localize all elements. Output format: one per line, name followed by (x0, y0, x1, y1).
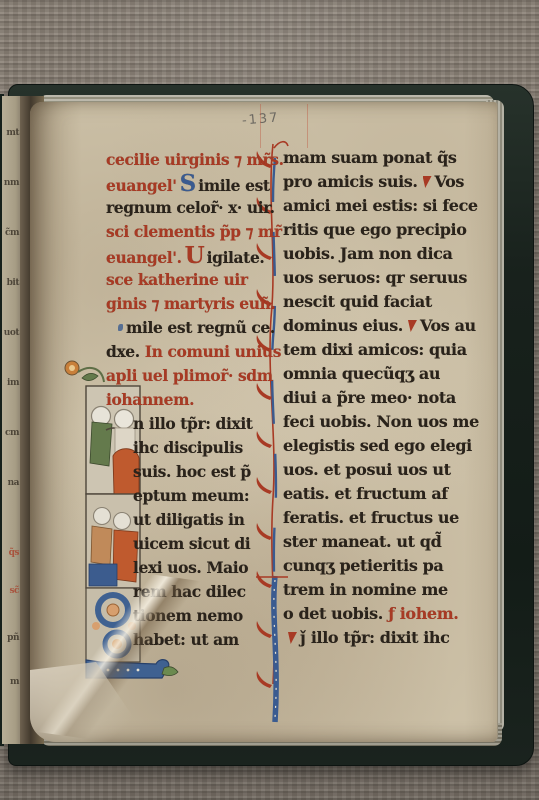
paragraph-mark-icon (423, 176, 432, 188)
paragraph-mark-icon (408, 320, 417, 332)
paragraph-mark-icon (288, 632, 297, 644)
text-line: dxe. In comuni unius (106, 340, 282, 364)
left-text-column: cecilie uirginis ⁊ mr̃s. euangel'Simile … (106, 148, 282, 652)
text-line: dominus eius.Vos au (283, 314, 479, 338)
gospel-text-block: n illo tp̃r: dixit ihc discipulis suis. … (133, 412, 282, 652)
rubric-line: sci clementis p̃p ⁊ mr̃ (106, 220, 282, 244)
text-line: mile est regnũ ce. (106, 316, 282, 340)
red-ruling-line (307, 104, 308, 148)
gospel-text-block: tem dixi amicos: quia omnia quecũqʒ au d… (283, 338, 479, 602)
manuscript-photo: mt nm c̃m bit uot im cm na q̃s sc̃ pñ m … (0, 0, 539, 800)
facing-page-tail-fragments: pñ m (3, 616, 19, 704)
text-line: pro amicis suis.Vos (283, 170, 479, 194)
text-line: mam suam ponat q̃s (283, 146, 479, 170)
rubric-line: cecilie uirginis ⁊ mr̃s. (106, 148, 282, 172)
guide-mark-icon (118, 324, 123, 331)
facing-page-text-fragments: mt nm c̃m bit uot im cm na (3, 108, 19, 508)
text-line: euangel'.Uigilate. (106, 244, 282, 268)
rubric-line: ginis ⁊ martyris euñ. (106, 292, 282, 316)
text-line: regnum celor̃· x· uir. (106, 196, 282, 220)
right-text-column: mam suam ponat q̃s pro amicis suis.Vos a… (283, 146, 479, 650)
lombardic-initial: S (177, 170, 199, 197)
rubric-line: apli uel plimor̃· sdm (106, 364, 282, 388)
rubric-line: iohannem. (106, 388, 282, 412)
facing-page-red-fragments: q̃s sc̃ (3, 534, 19, 610)
text-line: euangel'Simile est (106, 172, 282, 196)
facing-page-sliver: mt nm c̃m bit uot im cm na q̃s sc̃ pñ m (2, 96, 21, 744)
text-line: o det uobis. ƒ iohem. (283, 602, 479, 626)
text-line: ǰ illo tp̃r: dixit ihc (283, 626, 479, 650)
lombardic-initial: U (182, 242, 207, 269)
manuscript-page: -137 (30, 102, 498, 742)
gospel-text-block: amici mei estis: si fece ritis que ego p… (283, 194, 479, 314)
rubric-line: sce katherine uir (106, 268, 282, 292)
